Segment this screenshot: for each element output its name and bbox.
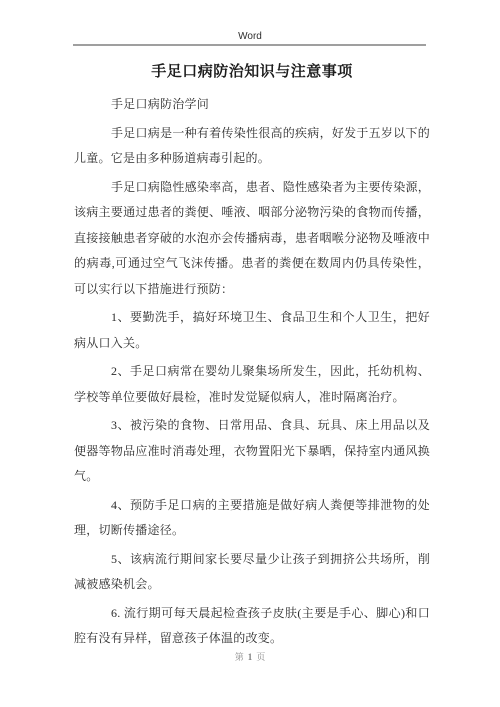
document-paragraph-transmission: 手足口病隐性感染率高，患者、隐性感染者为主要传染源，该病主要通过患者的粪便、唾液… [74,175,430,303]
document-paragraph-item-4: 4、预防手足口病的主要措施是做好病人粪便等排泄物的处理，切断传播途径。 [74,493,430,544]
page-number-value: 1 [248,652,253,662]
document-paragraph-item-6: 6. 流行期可每天晨起检查孩子皮肤(主要是手心、脚心)和口腔有没有异样，留意孩子… [74,601,430,652]
document-body: 手足口病防治知识与注意事项 手足口病防治学问 手足口病是一种有着传染性很高的疾病… [74,61,430,655]
document-paragraph-definition: 手足口病是一种有着传染性很高的疾病，好发于五岁以下的儿童。它是由多种肠道病毒引起… [74,121,430,172]
header-divider [73,44,426,46]
page-number-suffix: 页 [256,652,265,662]
document-paragraph-item-1: 1、要勤洗手，搞好环境卫生、食品卫生和个人卫生，把好病从口入关。 [74,305,430,356]
page-number-footer: 第1页 [0,652,500,663]
document-title: 手足口病防治知识与注意事项 [74,61,430,83]
document-paragraph-item-3: 3、被污染的食物、日常用品、食具、玩具、床上用品以及便器等物品应准时消毒处理，衣… [74,413,430,490]
document-paragraph-item-5: 5、该病流行期间家长要尽量少让孩子到拥挤公共场所，削减被感染机会。 [74,547,430,598]
document-paragraph-item-2: 2、手足口病常在婴幼儿聚集场所发生，因此，托幼机构、学校等单位要做好晨检，准时发… [74,359,430,410]
document-paragraph-intro-heading: 手足口病防治学问 [74,92,430,118]
app-title: Word [0,31,500,43]
page-number-prefix: 第 [235,652,244,662]
word-document-page: Word 手足口病防治知识与注意事项 手足口病防治学问 手足口病是一种有着传染性… [0,0,500,707]
